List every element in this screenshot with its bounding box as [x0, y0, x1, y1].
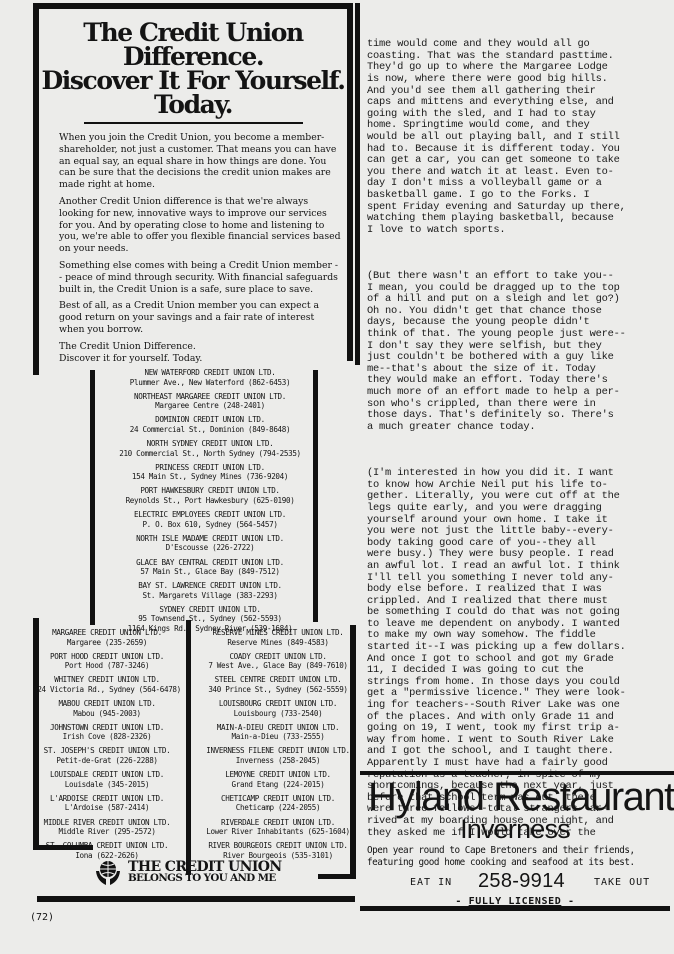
phone-number: 258-9914 — [478, 870, 565, 893]
credit-union-list-center: NEW WATERFORD CREDIT UNION LTD.Plummer A… — [90, 368, 330, 638]
credit-union-entry: PORT HAWKESBURY CREDIT UNION LTD.Reynold… — [90, 486, 330, 505]
entry-name: NORTHEAST MARGAREE CREDIT UNION LTD. — [90, 392, 330, 402]
eat-in-label: EAT IN — [410, 877, 452, 888]
entry-address: Grand Etang (224-2015) — [190, 780, 366, 790]
border-bar — [360, 906, 670, 911]
credit-union-entry: MABOU CREDIT UNION LTD.Mabou (945-2003) — [22, 699, 192, 718]
logo-line2: BELONGS TO YOU AND ME — [128, 873, 282, 884]
entry-address: 924 Victoria Rd., Sydney (564-6478) — [22, 685, 192, 695]
entry-name: PORT HOOD CREDIT UNION LTD. — [22, 652, 192, 662]
ad-paragraph: The Credit Union Difference. Discover it… — [59, 341, 341, 365]
entry-name: RIVER BOURGEOIS CREDIT UNION LTD. — [190, 841, 366, 851]
headline-line: Today. — [39, 93, 347, 117]
credit-union-entry: ST. JOSEPH'S CREDIT UNION LTD.Petit-de-G… — [22, 746, 192, 765]
border-bar — [33, 361, 39, 375]
entry-name: NEW WATERFORD CREDIT UNION LTD. — [90, 368, 330, 378]
ad-headline: The Credit Union Difference. Discover It… — [39, 21, 347, 117]
restaurant-ad: Hyland Restaurant Inverness Open year ro… — [360, 770, 674, 910]
credit-union-list-right: RESERVE MINES CREDIT UNION LTD.Reserve M… — [190, 628, 366, 865]
ad-paragraph: Another Credit Union difference is that … — [59, 196, 341, 255]
entry-name: PRINCESS CREDIT UNION LTD. — [90, 463, 330, 473]
credit-union-entry: MARGAREE CREDIT UNION LTD.Margaree (235-… — [22, 628, 192, 647]
credit-union-entry: L'ARDOISE CREDIT UNION LTD.L'Ardoise (58… — [22, 794, 192, 813]
credit-union-entry: LEMOYNE CREDIT UNION LTD.Grand Etang (22… — [190, 770, 366, 789]
entry-name: PORT HAWKESBURY CREDIT UNION LTD. — [90, 486, 330, 496]
entry-address: St. Margarets Village (383-2293) — [90, 591, 330, 601]
entry-address: Margaree Centre (248-2401) — [90, 401, 330, 411]
article-text: time would come and they would all go co… — [367, 16, 674, 862]
entry-address: 95 Townsend St., Sydney (562-5593) — [90, 614, 330, 624]
credit-union-entry: STEEL CENTRE CREDIT UNION LTD.340 Prince… — [190, 675, 366, 694]
entry-name: MABOU CREDIT UNION LTD. — [22, 699, 192, 709]
credit-union-entry: COADY CREDIT UNION LTD.7 West Ave., Glac… — [190, 652, 366, 671]
entry-address: L'Ardoise (587-2414) — [22, 803, 192, 813]
credit-union-entry: PRINCESS CREDIT UNION LTD.154 Main St., … — [90, 463, 330, 482]
entry-name: COADY CREDIT UNION LTD. — [190, 652, 366, 662]
entry-name: L'ARDOISE CREDIT UNION LTD. — [22, 794, 192, 804]
entry-name: RIVERDALE CREDIT UNION LTD. — [190, 818, 366, 828]
credit-union-entry: DOMINION CREDIT UNION LTD.24 Commercial … — [90, 415, 330, 434]
credit-union-entry: NORTH SYDNEY CREDIT UNION LTD.210 Commer… — [90, 439, 330, 458]
entry-name: BAY ST. LAWRENCE CREDIT UNION LTD. — [90, 581, 330, 591]
credit-union-entry: NORTHEAST MARGAREE CREDIT UNION LTD.Marg… — [90, 392, 330, 411]
entry-address: Cheticamp (224-2055) — [190, 803, 366, 813]
credit-union-entry: MIDDLE RIVER CREDIT UNION LTD.Middle Riv… — [22, 818, 192, 837]
credit-union-entry: NEW WATERFORD CREDIT UNION LTD.Plummer A… — [90, 368, 330, 387]
border-bar — [37, 896, 355, 902]
restaurant-location: Inverness — [360, 814, 670, 844]
entry-name: ST. COLUMBA CREDIT UNION LTD. — [22, 841, 192, 851]
credit-union-entry: JOHNSTOWN CREDIT UNION LTD.Irish Cove (8… — [22, 723, 192, 742]
entry-address: Inverness (258-2045) — [190, 756, 366, 766]
credit-union-entry: RIVERDALE CREDIT UNION LTD.Lower River I… — [190, 818, 366, 837]
entry-name: SYDNEY CREDIT UNION LTD. — [90, 605, 330, 615]
entry-name: LOUISDALE CREDIT UNION LTD. — [22, 770, 192, 780]
credit-union-entry: WHITNEY CREDIT UNION LTD.924 Victoria Rd… — [22, 675, 192, 694]
credit-union-entry: CHETICAMP CREDIT UNION LTD.Cheticamp (22… — [190, 794, 366, 813]
credit-union-entry: MAIN-A-DIEU CREDIT UNION LTD.Main-a-Dieu… — [190, 723, 366, 742]
column-rule — [355, 3, 360, 365]
entry-address: Reserve Mines (849-4583) — [190, 638, 366, 648]
entry-name: MAIN-A-DIEU CREDIT UNION LTD. — [190, 723, 366, 733]
entry-address: 340 Prince St., Sydney (562-5559) — [190, 685, 366, 695]
entry-name: NORTH SYDNEY CREDIT UNION LTD. — [90, 439, 330, 449]
entry-name: MARGAREE CREDIT UNION LTD. — [22, 628, 192, 638]
entry-name: GLACE BAY CENTRAL CREDIT UNION LTD. — [90, 558, 330, 568]
entry-address: Port Hood (787-3246) — [22, 661, 192, 671]
entry-name: STEEL CENTRE CREDIT UNION LTD. — [190, 675, 366, 685]
take-out-label: TAKE OUT — [594, 877, 650, 888]
entry-address: Louisdale (345-2015) — [22, 780, 192, 790]
entry-name: INVERNESS FILENE CREDIT UNION LTD. — [190, 746, 366, 756]
ad-paragraph: Something else comes with being a Credit… — [59, 260, 341, 295]
entry-address: Plummer Ave., New Waterford (862-6453) — [90, 378, 330, 388]
restaurant-description: Open year round to Cape Bretoners and th… — [367, 845, 635, 868]
article-paragraph: time would come and they would all go co… — [367, 39, 674, 236]
entry-address: Margaree (235-2659) — [22, 638, 192, 648]
entry-address: Petit-de-Grat (226-2288) — [22, 756, 192, 766]
credit-union-entry: LOUISBOURG CREDIT UNION LTD.Louisbourg (… — [190, 699, 366, 718]
credit-union-ad: The Credit Union Difference. Discover It… — [33, 3, 353, 361]
credit-union-entry: BAY ST. LAWRENCE CREDIT UNION LTD.St. Ma… — [90, 581, 330, 600]
credit-union-list-left: MARGAREE CREDIT UNION LTD.Margaree (235-… — [22, 628, 192, 865]
border-bar — [318, 874, 356, 879]
entry-address: Middle River (295-2572) — [22, 827, 192, 837]
entry-address: Main-a-Dieu (733-2555) — [190, 732, 366, 742]
credit-union-entry: PORT HOOD CREDIT UNION LTD.Port Hood (78… — [22, 652, 192, 671]
credit-union-entry: LOUISDALE CREDIT UNION LTD.Louisdale (34… — [22, 770, 192, 789]
article-paragraph: (But there wasn't an effort to take you-… — [367, 271, 674, 433]
credit-union-logo: THE CREDIT UNION BELONGS TO YOU AND ME — [94, 858, 314, 888]
entry-address: 7 West Ave., Glace Bay (849-7610) — [190, 661, 366, 671]
globe-hands-icon — [94, 859, 122, 887]
credit-union-entry: GLACE BAY CENTRAL CREDIT UNION LTD.57 Ma… — [90, 558, 330, 577]
entry-address: D'Escousse (226-2722) — [90, 543, 330, 553]
entry-name: DOMINION CREDIT UNION LTD. — [90, 415, 330, 425]
entry-name: CHETICAMP CREDIT UNION LTD. — [190, 794, 366, 804]
entry-name: LOUISBOURG CREDIT UNION LTD. — [190, 699, 366, 709]
ad-body: When you join the Credit Union, you beco… — [59, 132, 341, 364]
entry-name: LEMOYNE CREDIT UNION LTD. — [190, 770, 366, 780]
ad-paragraph: Best of all, as a Credit Union member yo… — [59, 300, 341, 335]
entry-address: Mabou (945-2003) — [22, 709, 192, 719]
page-number: (72) — [30, 912, 54, 923]
credit-union-entry: RESERVE MINES CREDIT UNION LTD.Reserve M… — [190, 628, 366, 647]
entry-address: P. O. Box 610, Sydney (564-5457) — [90, 520, 330, 530]
entry-name: MIDDLE RIVER CREDIT UNION LTD. — [22, 818, 192, 828]
entry-name: WHITNEY CREDIT UNION LTD. — [22, 675, 192, 685]
entry-name: ELECTRIC EMPLOYEES CREDIT UNION LTD. — [90, 510, 330, 520]
entry-name: NORTH ISLE MADAME CREDIT UNION LTD. — [90, 534, 330, 544]
credit-union-entry: NORTH ISLE MADAME CREDIT UNION LTD.D'Esc… — [90, 534, 330, 553]
entry-name: ST. JOSEPH'S CREDIT UNION LTD. — [22, 746, 192, 756]
credit-union-entry: INVERNESS FILENE CREDIT UNION LTD.Invern… — [190, 746, 366, 765]
credit-union-entry: ELECTRIC EMPLOYEES CREDIT UNION LTD.P. O… — [90, 510, 330, 529]
entry-name: RESERVE MINES CREDIT UNION LTD. — [190, 628, 366, 638]
entry-address: 210 Commercial St., North Sydney (794-25… — [90, 449, 330, 459]
ad-paragraph: When you join the Credit Union, you beco… — [59, 132, 341, 191]
entry-address: 154 Main St., Sydney Mines (736-9204) — [90, 472, 330, 482]
entry-address: Reynolds St., Port Hawkesbury (625-0190) — [90, 496, 330, 506]
entry-address: Irish Cove (828-2326) — [22, 732, 192, 742]
logo-text: THE CREDIT UNION BELONGS TO YOU AND ME — [128, 862, 282, 884]
entry-address: 57 Main St., Glace Bay (849-7512) — [90, 567, 330, 577]
headline-rule — [84, 122, 303, 124]
restaurant-name: Hyland Restaurant — [368, 776, 674, 818]
entry-address: 24 Commercial St., Dominion (849-8648) — [90, 425, 330, 435]
entry-address: Lower River Inhabitants (625-1604) — [190, 827, 366, 837]
entry-address: Louisbourg (733-2540) — [190, 709, 366, 719]
entry-name: JOHNSTOWN CREDIT UNION LTD. — [22, 723, 192, 733]
